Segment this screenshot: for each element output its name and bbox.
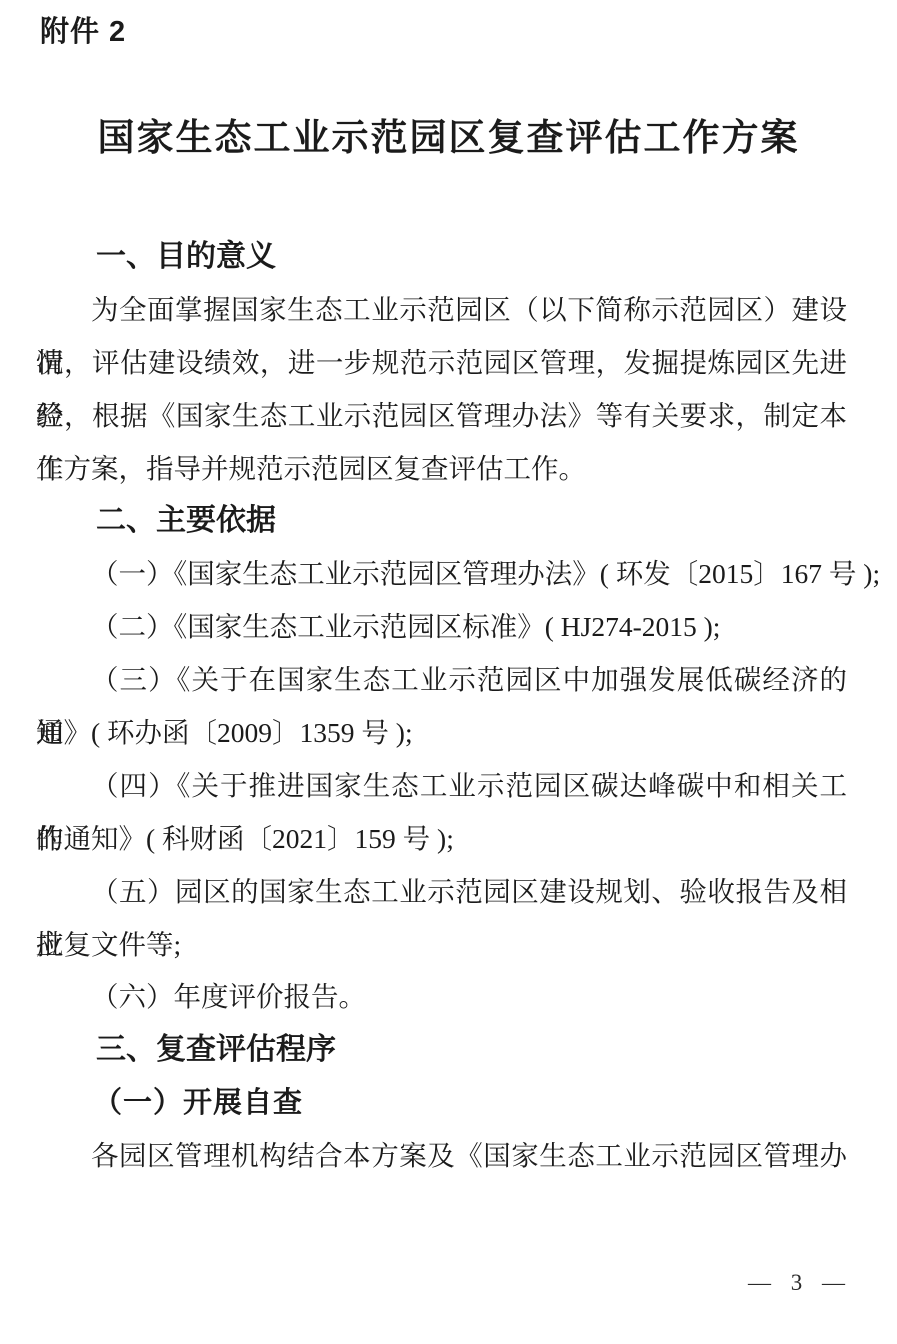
document-line: （一）开展自查 xyxy=(36,1077,847,1130)
document-line: 的通知》( 科财函〔2021〕159 号 ); xyxy=(36,813,847,866)
document-line: 三、复查评估程序 xyxy=(36,1024,847,1077)
document-line: （六）年度评价报告。 xyxy=(36,971,847,1024)
document-line: （一）《国家生态工业示范园区管理办法》( 环发〔2015〕167 号 ); xyxy=(36,548,847,601)
document-line: 知》( 环办函〔2009〕1359 号 ); xyxy=(36,707,847,760)
document-line: （三）《关于在国家生态工业示范园区中加强发展低碳经济的通 xyxy=(36,654,847,707)
document-line: 一、目的意义 xyxy=(36,231,847,284)
document-line: 为全面掌握国家生态工业示范园区（以下简称示范园区）建设情 xyxy=(36,284,847,337)
document-line: （四）《关于推进国家生态工业示范园区碳达峰碳中和相关工作 xyxy=(36,760,847,813)
document-line: 况，评估建设绩效，进一步规范示范园区管理，发掘提炼园区先进经 xyxy=(36,337,847,390)
document-line: 验，根据《国家生态工业示范园区管理办法》等有关要求，制定本工 xyxy=(36,390,847,443)
document-body: 一、目的意义为全面掌握国家生态工业示范园区（以下简称示范园区）建设情况，评估建设… xyxy=(36,231,847,1183)
document-page: 附件 2 国家生态工业示范园区复查评估工作方案 一、目的意义为全面掌握国家生态工… xyxy=(0,0,897,1344)
page-number: — 3 — xyxy=(748,1268,845,1298)
document-title: 国家生态工业示范园区复查评估工作方案 xyxy=(0,112,897,164)
document-line: （五）园区的国家生态工业示范园区建设规划、验收报告及相应 xyxy=(36,866,847,919)
document-line: （二）《国家生态工业示范园区标准》( HJ274-2015 ); xyxy=(36,601,847,654)
document-line: 二、主要依据 xyxy=(36,495,847,548)
attachment-label: 附件 2 xyxy=(40,12,126,52)
document-line: 批复文件等; xyxy=(36,919,847,972)
document-line: 各园区管理机构结合本方案及《国家生态工业示范园区管理办 xyxy=(36,1130,847,1183)
document-line: 作方案，指导并规范示范园区复查评估工作。 xyxy=(36,443,847,496)
